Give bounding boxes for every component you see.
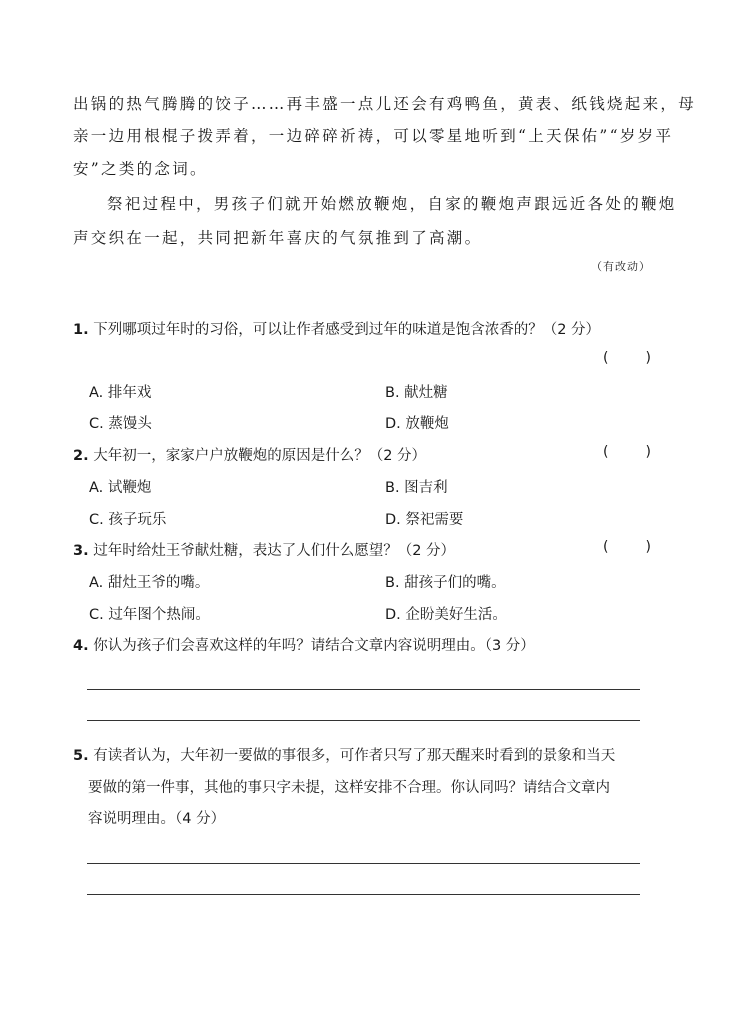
question-number: 5.: [73, 748, 89, 764]
answer-blank[interactable]: ( ): [603, 444, 651, 460]
option-c[interactable]: C. 过年图个热闹。: [89, 603, 210, 624]
question-text: 有读者认为，大年初一要做的事很多，可作者只写了那天醒来时看到的景象和当天: [93, 748, 615, 764]
question-text: 你认为孩子们会喜欢这样的年吗？请结合文章内容说明理由。（3 分）: [93, 638, 535, 654]
question-5-prompt-line: 5. 有读者认为，大年初一要做的事很多，可作者只写了那天醒来时看到的景象和当天: [73, 744, 615, 765]
passage-line: 安”之类的念词。: [73, 157, 658, 179]
option-b[interactable]: B. 甜孩子们的嘴。: [385, 571, 506, 592]
passage-line: 声交织在一起，共同把新年喜庆的气氛推到了高潮。: [73, 226, 658, 248]
question-number: 3.: [73, 543, 89, 559]
paren-close: ): [646, 350, 651, 366]
question-text: 过年时给灶王爷献灶糖，表达了人们什么愿望？（2 分）: [93, 543, 455, 559]
passage-line: 祭祀过程中，男孩子们就开始燃放鞭炮，自家的鞭炮声跟远近各处的鞭炮: [107, 192, 692, 214]
answer-line[interactable]: [87, 720, 640, 721]
paren-open: (: [603, 539, 608, 555]
question-4-prompt: 4. 你认为孩子们会喜欢这样的年吗？请结合文章内容说明理由。（3 分）: [73, 634, 535, 655]
question-1-prompt: 1. 下列哪项过年时的习俗，可以让作者感受到过年的味道是饱含浓香的？（2 分）: [73, 318, 600, 339]
option-d[interactable]: D. 企盼美好生活。: [385, 603, 507, 624]
option-a[interactable]: A. 试鞭炮: [89, 476, 151, 497]
question-5-prompt-line: 要做的第一件事，其他的事只字未提，这样安排不合理。你认同吗？请结合文章内: [88, 776, 610, 797]
answer-blank[interactable]: ( ): [603, 350, 651, 366]
option-a[interactable]: A. 甜灶王爷的嘴。: [89, 571, 209, 592]
paren-open: (: [603, 350, 608, 366]
passage-line: 出锅的热气腾腾的饺子……再丰盛一点儿还会有鸡鸭鱼，黄表、纸钱烧起来，母: [73, 92, 658, 114]
question-text: 大年初一，家家户户放鞭炮的原因是什么？（2 分）: [93, 448, 426, 464]
option-c[interactable]: C. 蒸馒头: [89, 412, 152, 433]
question-5-prompt-line: 容说明理由。（4 分）: [88, 807, 225, 828]
paren-close: ): [646, 539, 651, 555]
option-a[interactable]: A. 排年戏: [89, 381, 151, 402]
question-number: 4.: [73, 638, 89, 654]
answer-line[interactable]: [87, 689, 640, 690]
question-3-prompt: 3. 过年时给灶王爷献灶糖，表达了人们什么愿望？（2 分）: [73, 539, 455, 560]
source-note: （有改动）: [591, 258, 651, 274]
option-b[interactable]: B. 献灶糖: [385, 381, 448, 402]
question-text: 下列哪项过年时的习俗，可以让作者感受到过年的味道是饱含浓香的？（2 分）: [93, 322, 600, 338]
question-2-prompt: 2. 大年初一，家家户户放鞭炮的原因是什么？（2 分）: [73, 444, 426, 465]
option-c[interactable]: C. 孩子玩乐: [89, 508, 166, 529]
paren-close: ): [646, 444, 651, 460]
passage-line: 亲一边用根棍子拨弄着，一边碎碎祈祷，可以零星地听到“上天保佑”“岁岁平: [73, 124, 658, 146]
answer-line[interactable]: [87, 863, 640, 864]
option-d[interactable]: D. 祭祀需要: [385, 508, 463, 529]
option-d[interactable]: D. 放鞭炮: [385, 412, 449, 433]
paren-open: (: [603, 444, 608, 460]
option-b[interactable]: B. 图吉利: [385, 476, 448, 497]
question-number: 2.: [73, 448, 89, 464]
question-number: 1.: [73, 322, 89, 338]
answer-line[interactable]: [87, 894, 640, 895]
answer-blank[interactable]: ( ): [603, 539, 651, 555]
